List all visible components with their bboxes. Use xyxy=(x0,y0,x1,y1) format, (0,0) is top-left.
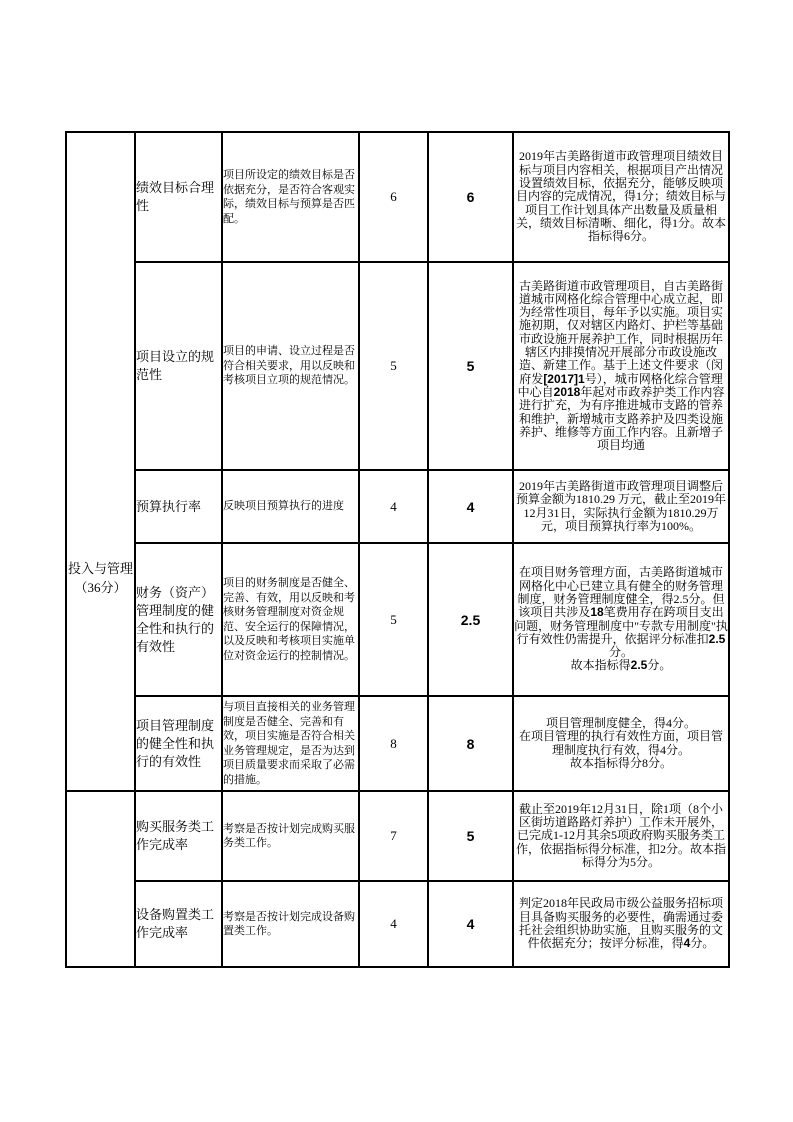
weight-score-cell: 7 xyxy=(359,791,428,881)
category-label: 投入与管理 （36分） xyxy=(67,327,134,597)
comment-segment: 截止至2019年12月31日，除1项（8个小区街坊道路路灯养护）工作未开展外，已… xyxy=(516,803,726,869)
weight-score-cell: 5 xyxy=(359,262,428,470)
description-cell: 考察是否按计划完成购买服务类工作。 xyxy=(222,791,359,881)
comment-segment: 分。 xyxy=(690,936,714,950)
comment-segment: 2019年古美路街道市政管理项目绩效目标与项目内容相关，根据项目产出情况设置绩效… xyxy=(516,150,726,243)
description-cell: 反映项目预算执行的进度 xyxy=(222,470,359,543)
indicator-cell: 设备购置类工作完成率 xyxy=(135,881,222,967)
comment-segment: 2.5 xyxy=(709,632,726,646)
indicator-cell: 项目设立的规范性 xyxy=(135,262,222,470)
actual-score-cell: 4 xyxy=(428,881,513,967)
comment-segment: 2018 xyxy=(554,385,581,399)
comment-text: 截止至2019年12月31日，除1项（8个小区街坊道路路灯养护）工作未开展外，已… xyxy=(514,803,728,869)
comment-cell: 2019年古美路街道市政管理项目绩效目标与项目内容相关，根据项目产出情况设置绩效… xyxy=(513,132,729,262)
indicator-cell: 预算执行率 xyxy=(135,470,222,543)
actual-score-cell: 5 xyxy=(428,262,513,470)
comment-segment: 项目管理制度健全，得4分。 在项目管理的执行有效性方面，项目管理制度执行有效，得… xyxy=(519,717,723,770)
indicator-cell: 绩效目标合理性 xyxy=(135,132,222,262)
comment-text: 2019年古美路街道市政管理项目调整后预算金额为1810.29 万元，截止至20… xyxy=(514,480,728,533)
evaluation-table: 投入与管理 （36分）绩效目标合理性项目所设定的绩效目标是否依据充分，是否符合客… xyxy=(65,131,730,968)
table-row: 购买服务类工作完成率考察是否按计划完成购买服务类工作。75截止至2019年12月… xyxy=(66,791,729,881)
comment-segment: 分。 xyxy=(647,658,671,672)
table-row: 预算执行率反映项目预算执行的进度442019年古美路街道市政管理项目调整后预算金… xyxy=(66,470,729,543)
description-cell: 考察是否按计划完成设备购置类工作。 xyxy=(222,881,359,967)
comment-segment: [2017]1 xyxy=(543,372,584,386)
actual-score-cell: 5 xyxy=(428,791,513,881)
comment-segment: 2.5 xyxy=(631,658,648,672)
description-cell: 与项目直接相关的业务管理制度是否健全、完善和有效，项目实施是否符合相关业务管理规… xyxy=(222,696,359,791)
comment-cell: 判定2018年民政局市级公益服务招标项目具备购买服务的必要性，确需通过委托社会组… xyxy=(513,881,729,967)
table-row: 项目管理制度的健全性和执行的有效性与项目直接相关的业务管理制度是否健全、完善和有… xyxy=(66,696,729,791)
comment-cell: 截止至2019年12月31日，除1项（8个小区街坊道路路灯养护）工作未开展外，已… xyxy=(513,791,729,881)
actual-score-cell: 4 xyxy=(428,470,513,543)
weight-score-cell: 4 xyxy=(359,470,428,543)
comment-segment: 18 xyxy=(590,605,603,619)
comment-text: 2019年古美路街道市政管理项目绩效目标与项目内容相关，根据项目产出情况设置绩效… xyxy=(514,150,728,243)
weight-score-cell: 8 xyxy=(359,696,428,791)
description-cell: 项目的财务制度是否健全、完善、有效，用以反映和考核财务管理制度对资金规范、安全运… xyxy=(222,543,359,696)
document-page: 投入与管理 （36分）绩效目标合理性项目所设定的绩效目标是否依据充分，是否符合客… xyxy=(0,0,793,1122)
table-row: 设备购置类工作完成率考察是否按计划完成设备购置类工作。44判定2018年民政局市… xyxy=(66,881,729,967)
comment-cell: 古美路街道市政管理项目，自古美路街道城市网格化综合管理中心成立起，即为经常性项目… xyxy=(513,262,729,470)
comment-text: 在项目财务管理方面，古美路街道城市网格化中心已建立具有健全的财务管理制度，财务管… xyxy=(514,566,728,672)
comment-text: 古美路街道市政管理项目，自古美路街道城市网格化综合管理中心成立起，即为经常性项目… xyxy=(514,280,728,453)
table-row: 投入与管理 （36分）绩效目标合理性项目所设定的绩效目标是否依据充分，是否符合客… xyxy=(66,132,729,262)
weight-score-cell: 5 xyxy=(359,543,428,696)
comment-cell: 在项目财务管理方面，古美路街道城市网格化中心已建立具有健全的财务管理制度，财务管… xyxy=(513,543,729,696)
indicator-cell: 财务（资产）管理制度的健全性和执行的有效性 xyxy=(135,543,222,696)
table-row: 项目设立的规范性项目的申请、设立过程是否符合相关要求，用以反映和考核项目立项的规… xyxy=(66,262,729,470)
comment-text: 判定2018年民政局市级公益服务招标项目具备购买服务的必要性，确需通过委托社会组… xyxy=(514,897,728,950)
comment-text: 项目管理制度健全，得4分。 在项目管理的执行有效性方面，项目管理制度执行有效，得… xyxy=(514,717,728,770)
indicator-cell: 项目管理制度的健全性和执行的有效性 xyxy=(135,696,222,791)
category-cell: 投入与管理 （36分） xyxy=(66,132,135,791)
actual-score-cell: 2.5 xyxy=(428,543,513,696)
comment-segment: 分。 故本指标得 xyxy=(571,645,633,672)
category-cell xyxy=(66,791,135,967)
indicator-cell: 购买服务类工作完成率 xyxy=(135,791,222,881)
description-cell: 项目所设定的绩效目标是否依据充分，是否符合客观实际，绩效目标与预算是否匹配。 xyxy=(222,132,359,262)
description-cell: 项目的申请、设立过程是否符合相关要求，用以反映和考核项目立项的规范情况。 xyxy=(222,262,359,470)
actual-score-cell: 6 xyxy=(428,132,513,262)
actual-score-cell: 8 xyxy=(428,696,513,791)
comment-cell: 项目管理制度健全，得4分。 在项目管理的执行有效性方面，项目管理制度执行有效，得… xyxy=(513,696,729,791)
comment-cell: 2019年古美路街道市政管理项目调整后预算金额为1810.29 万元，截止至20… xyxy=(513,470,729,543)
weight-score-cell: 4 xyxy=(359,881,428,967)
comment-segment: 古美路街道市政管理项目，自古美路街道城市网格化综合管理中心成立起，即为经常性项目… xyxy=(519,280,723,386)
weight-score-cell: 6 xyxy=(359,132,428,262)
table-row: 财务（资产）管理制度的健全性和执行的有效性项目的财务制度是否健全、完善、有效，用… xyxy=(66,543,729,696)
comment-segment: 2019年古美路街道市政管理项目调整后预算金额为1810.29 万元，截止至20… xyxy=(516,480,726,533)
